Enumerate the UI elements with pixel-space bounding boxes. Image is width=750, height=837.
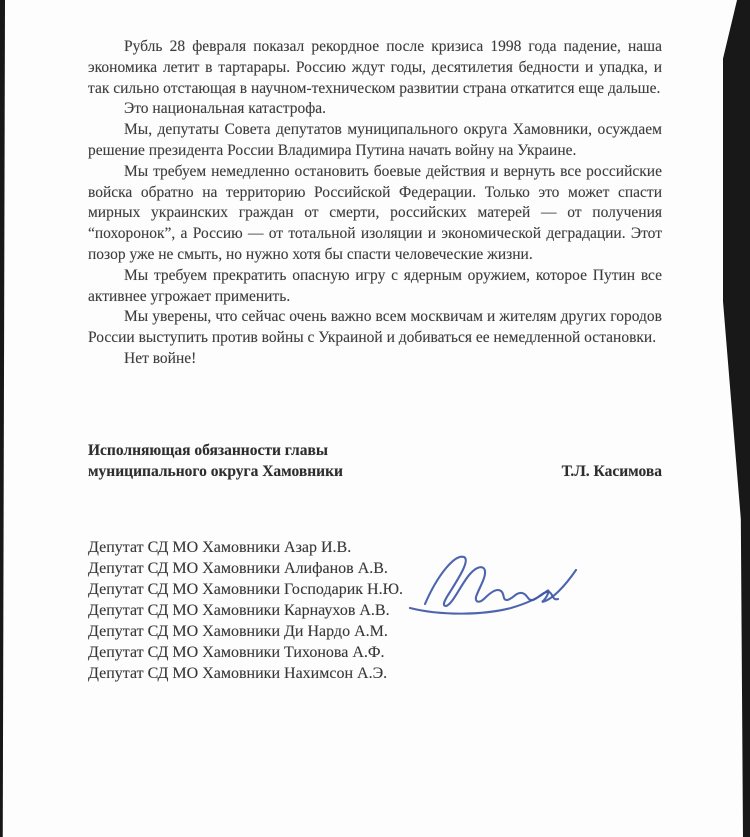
deputy-signature-line: Депутат СД МО Хамовники Алифанов А.В. xyxy=(88,559,662,580)
paragraph: Рубль 28 февраля показал рекордное после… xyxy=(88,37,662,99)
acting-head-title: Исполняющая обязанности главы муниципаль… xyxy=(88,440,343,483)
paragraph: Мы уверены, что сейчас очень важно всем … xyxy=(88,307,662,349)
paragraph: Это национальная катастрофа. xyxy=(88,99,662,120)
deputy-signature-line: Депутат СД МО Хамовники Азар И.В. xyxy=(88,538,662,559)
signatory-name: Т.Л. Касимова xyxy=(562,461,662,483)
paragraph: Нет войне! xyxy=(88,349,662,370)
paragraph: Мы требуем немедленно остановить боевые … xyxy=(88,162,662,266)
deputy-signature-line: Депутат СД МО Хамовники Карнаухов А.В. xyxy=(88,601,662,622)
deputy-signature-line: Депутат СД МО Хамовники Нахимсон А.Э. xyxy=(88,664,662,685)
deputy-signature-line: Депутат СД МО Хамовники Тихонова А.Ф. xyxy=(88,643,662,664)
title-line: муниципального округа Хамовники xyxy=(88,461,343,483)
deputy-signature-line: Депутат СД МО Хамовники Ди Нардо А.М. xyxy=(88,622,662,643)
paragraph: Мы требуем прекратить опасную игру с яде… xyxy=(88,266,662,308)
document-page: Рубль 28 февраля показал рекордное после… xyxy=(0,0,750,837)
deputy-signature-line: Депутат СД МО Хамовники Господарик Н.Ю. xyxy=(88,580,662,601)
paragraph: Мы, депутаты Совета депутатов муниципаль… xyxy=(88,120,662,162)
signature-block: Исполняющая обязанности главы муниципаль… xyxy=(88,440,662,483)
scanned-document: Рубль 28 февраля показал рекордное после… xyxy=(0,0,750,837)
deputies-list: Депутат СД МО Хамовники Азар И.В. Депута… xyxy=(88,538,662,684)
title-line: Исполняющая обязанности главы xyxy=(88,440,343,462)
